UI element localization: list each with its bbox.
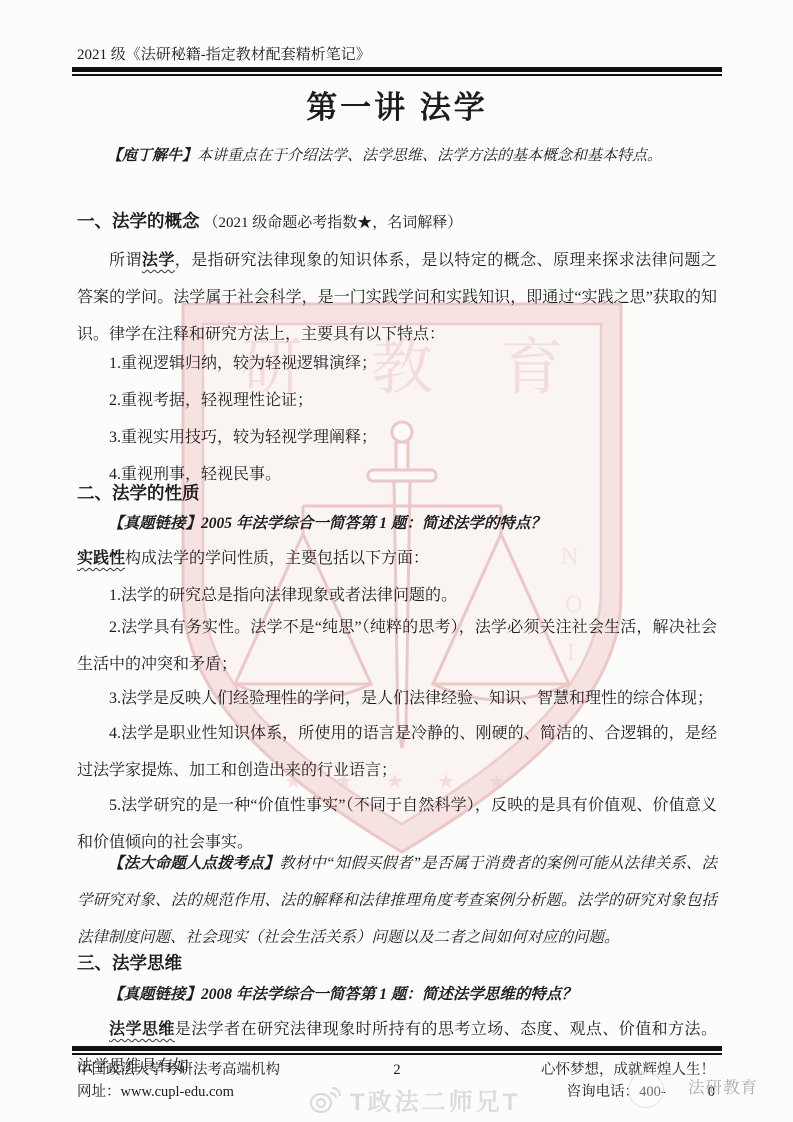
weibo-watermark-text: T政法二师兄T <box>350 1082 520 1117</box>
scanned-document-page: 研 教 育 ★ ★ ★ ★ ★ N O I <box>0 0 793 1122</box>
footer-slogan: 心怀梦想，成就辉煌人生！ <box>400 1059 715 1081</box>
paragraph-text: 所谓 <box>109 252 142 269</box>
list-item: 3.重视实用技巧，较为轻视学理阐释； <box>77 419 717 456</box>
page-header-title: 2021 级《法研秘籍-指定教材配套精析笔记》 <box>77 44 717 66</box>
section1-heading-note: （2021 级命题必考指数★，名词解释） <box>204 215 463 231</box>
brand-watermark: 法研教育 <box>688 1074 758 1098</box>
list-item: 2.重视考据，轻视理性论证； <box>77 382 717 419</box>
header-rule <box>72 67 722 76</box>
intro-text: 本讲重点在于介绍法学、法学思维、法学方法的基本概念和基本特点。 <box>197 148 662 164</box>
list-item: 4.法学是职业性知识体系，所使用的语言是冷静的、刚硬的、简洁的、合逻辑的，是经过… <box>77 715 717 789</box>
weibo-watermark: T政法二师兄T <box>308 1082 520 1117</box>
intro-label: 【庖丁解牛】 <box>107 148 197 164</box>
section2-heading: 二、法学的性质 <box>77 480 717 505</box>
document-title: 第一讲 法学 <box>77 82 717 127</box>
list-item: 1.重视逻辑归纳，较为轻视逻辑演绎； <box>77 345 717 382</box>
section2-paragraph: 实践性构成法学的学问性质，主要包括以下方面： <box>77 540 717 577</box>
footer-website: 网址：www.cupl-edu.com <box>77 1081 280 1103</box>
list-item: 3.法学是反映人们经验理性的学问，是人们法律经验、知识、智慧和理性的综合体现； <box>77 680 717 717</box>
paragraph-text: 构成法学的学问性质，主要包括以下方面： <box>125 550 429 567</box>
weibo-icon <box>308 1085 342 1115</box>
list-item: 2.法学具有务实性。法学不是“纯思”（纯粹的思考），法学必须关注社会生活，解决社… <box>77 609 717 683</box>
section1-heading-row: 一、法学的概念 （2021 级命题必考指数★，名词解释） <box>77 208 717 233</box>
exam-link-2005: 【真题链接】2005 年法学综合一简答第 1 题：简述法学的特点？ <box>77 505 717 542</box>
emphasized-term: 法学思维 <box>109 1021 175 1038</box>
section3-heading: 三、法学思维 <box>77 950 717 975</box>
exam-link-2008: 【真题链接】2008 年法学综合一简答第 1 题：简述法学思维的特点？ <box>77 976 717 1013</box>
footer-rule <box>72 1046 722 1055</box>
section1-paragraph: 所谓法学，是指研究法律现象的知识体系，是以特定的概念、原理来探求法律问题之答案的… <box>77 242 717 353</box>
emphasized-term: 实践性 <box>77 550 125 567</box>
emphasized-term: 法学 <box>142 252 175 269</box>
stamp-circle-watermark <box>628 1072 664 1108</box>
tip-label: 【法大命题人点拨考点】 <box>108 855 279 872</box>
tip-paragraph: 【法大命题人点拨考点】教材中“知假买假者”是否属于消费者的案例可能从法律关系、法… <box>77 845 717 956</box>
section1-heading: 一、法学的概念 <box>77 211 200 231</box>
intro-paragraph: 【庖丁解牛】本讲重点在于介绍法学、法学思维、法学方法的基本概念和基本特点。 <box>77 138 717 175</box>
